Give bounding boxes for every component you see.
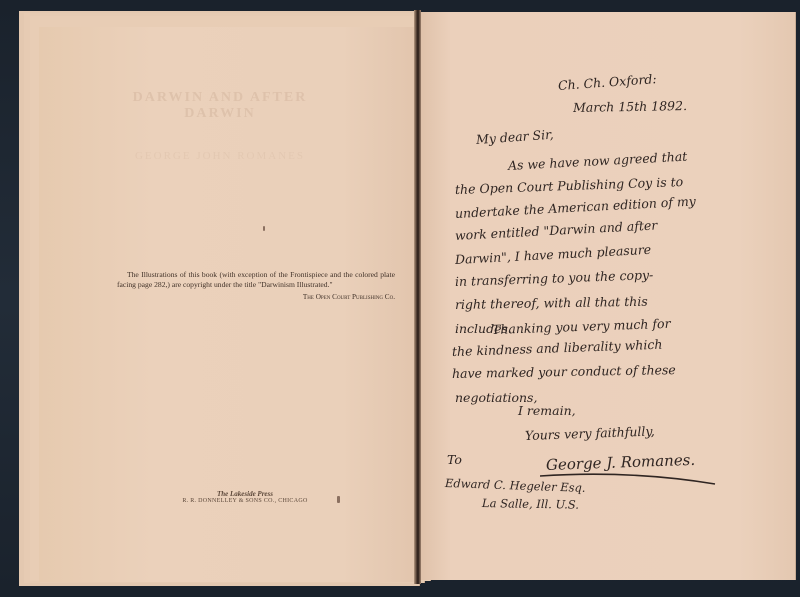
letter-closing: I remain, [518, 403, 576, 418]
copyright-notice: The Illustrations of this book (with exc… [117, 270, 395, 289]
page-speck [263, 226, 265, 231]
letter-recipient-place: La Salle, Ill. U.S. [482, 496, 579, 512]
show-through-title: DARWIN AND AFTER DARWIN [100, 90, 340, 122]
imprint-printer: R. R. DONNELLEY & SONS CO., CHICAGO [170, 498, 320, 504]
letter-date: March 15th 1892. [573, 98, 687, 115]
publisher-credit: The Open Court Publishing Co. [117, 293, 395, 301]
book-gutter [414, 10, 421, 584]
show-through-subtitle: GEORGE JOHN ROMANES [120, 150, 320, 162]
copyright-text: The Illustrations of this book (with exc… [117, 270, 395, 289]
printer-imprint: The Lakeside Press R. R. DONNELLEY & SON… [170, 490, 320, 504]
page-speck [337, 496, 340, 503]
imprint-press: The Lakeside Press [170, 490, 320, 498]
letter-to-label: To [447, 452, 462, 467]
